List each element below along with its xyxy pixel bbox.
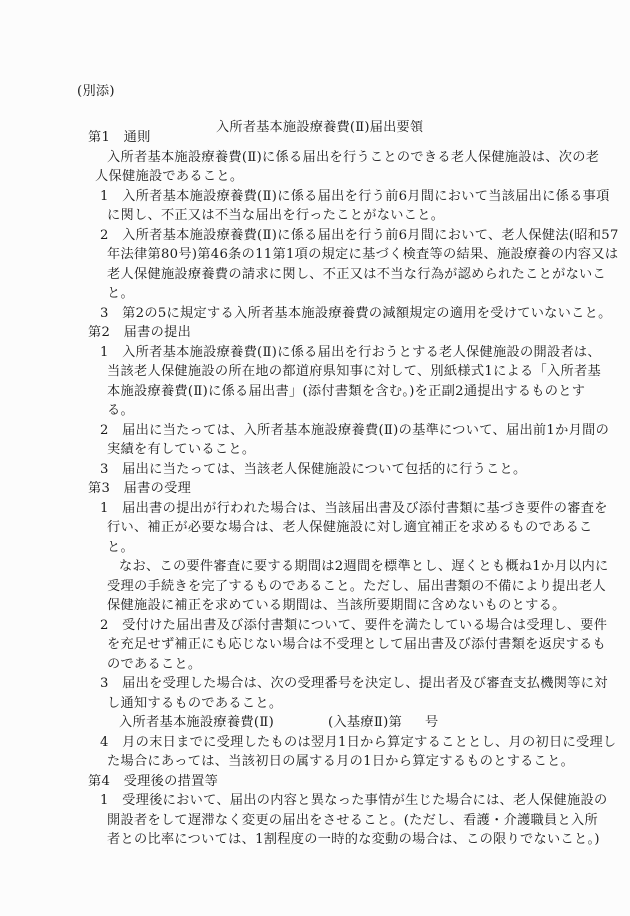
- text-line: 老人保健施設療養費の請求に関し、不正又は不当な行為が認められたことがないこ: [107, 267, 606, 283]
- text-line: 1 届出書の提出が行われた場合は、当該届出書及び添付書類に基づき要件の審査を: [100, 501, 608, 517]
- text-line: (入基療Ⅱ)第: [328, 715, 402, 731]
- text-line: 当該老人保健施設の所在地の都道府県知事に対して、別紙様式1による「入所者基: [107, 364, 601, 380]
- text-line: 本施設療養費(Ⅱ)に係る届出書」(添付書類を含む。)を正副2通提出するものとす: [107, 384, 585, 400]
- attachment-label: (別添): [77, 84, 115, 100]
- text-line: た場合にあっては、当該初日の属する月の1日から算定するものとすること。: [107, 754, 574, 770]
- text-line: 3 届出に当たっては、当該老人保健施設について包括的に行うこと。: [100, 462, 527, 478]
- text-line: なお、この要件審査に要する期間は2週間を標準とし、遅くとも概ね1か月以内に: [119, 559, 608, 575]
- text-line: のであること。: [107, 657, 201, 673]
- text-line: と。: [107, 540, 134, 556]
- text-line: と。: [107, 286, 134, 302]
- text-line: 第1 通則: [88, 130, 151, 146]
- text-line: 第3 届書の受理: [88, 481, 191, 497]
- text-line: 2 入所者基本施設療養費(Ⅱ)に係る届出を行う前6月間において、老人保健法(昭和…: [100, 228, 619, 244]
- text-line: 入所者基本施設療養費(Ⅱ): [119, 715, 274, 731]
- text-line: 第2 届書の提出: [88, 325, 191, 341]
- text-line: 開設者をして遅滞なく変更の届出をさせること。(ただし、看護・介護職員と入所: [107, 813, 598, 829]
- text-line: 2 届出に当たっては、入所者基本施設療養費(Ⅱ)の基準について、届出前1か月間の: [100, 423, 609, 439]
- text-line: 実績を有していること。: [107, 442, 255, 458]
- text-line: 号: [425, 715, 439, 731]
- text-line: 受理の手続きを完了するものであること。ただし、届出書類の不備により提出老人: [107, 579, 606, 595]
- text-line: 3 届出を受理した場合は、次の受理番号を決定し、提出者及び審査支払機関等に対: [100, 676, 608, 692]
- text-line: 年法律第80号)第46条の11第1項の規定に基づく検査等の結果、施設療養の内容又…: [107, 247, 618, 263]
- text-line: 4 月の末日までに受理したものは翌月1日から算定することとし、月の初日に受理し: [100, 735, 616, 751]
- text-line: 人保健施設であること。: [95, 169, 243, 185]
- text-line: 者との比率については、1割程度の一時的な変動の場合は、この限りでないこと。): [107, 832, 600, 848]
- text-line: し通知するものであること。: [107, 696, 282, 712]
- text-line: に関し、不正又は不当な届出を行ったことがないこと。: [107, 208, 444, 224]
- text-line: 第4 受理後の措置等: [88, 774, 218, 790]
- text-line: 1 入所者基本施設療養費(Ⅱ)に係る届出を行う前6月間において当該届出に係る事項: [100, 189, 610, 205]
- text-line: 2 受付けた届出書及び添付書類について、要件を満たしている場合は受理し、要件: [100, 618, 607, 634]
- text-line: る。: [107, 403, 134, 419]
- text-line: 1 入所者基本施設療養費(Ⅱ)に係る届出を行おうとする老人保健施設の開設者は、: [100, 345, 601, 361]
- text-line: 行い、補正が必要な場合は、老人保健施設に対し適宜補正を求めるものであるこ: [107, 520, 593, 536]
- document-title: 入所者基本施設療養費(Ⅱ)届出要領: [216, 120, 423, 136]
- text-line: 1 受理後において、届出の内容と異なった事情が生じた場合には、老人保健施設の: [100, 793, 607, 809]
- text-line: 入所者基本施設療養費(Ⅱ)に係る届出を行うことのできる老人保健施設は、次の老: [107, 150, 599, 166]
- text-line: を充足せず補正にも応じない場合は不受理として届出書及び添付書類を返戻するも: [107, 637, 606, 653]
- text-line: 3 第2の5に規定する入所者基本施設療養費の減額規定の適用を受けていないこと。: [100, 306, 612, 322]
- text-line: 保健施設に補正を求めている期間は、当該所要期間に含めないものとする。: [107, 598, 566, 614]
